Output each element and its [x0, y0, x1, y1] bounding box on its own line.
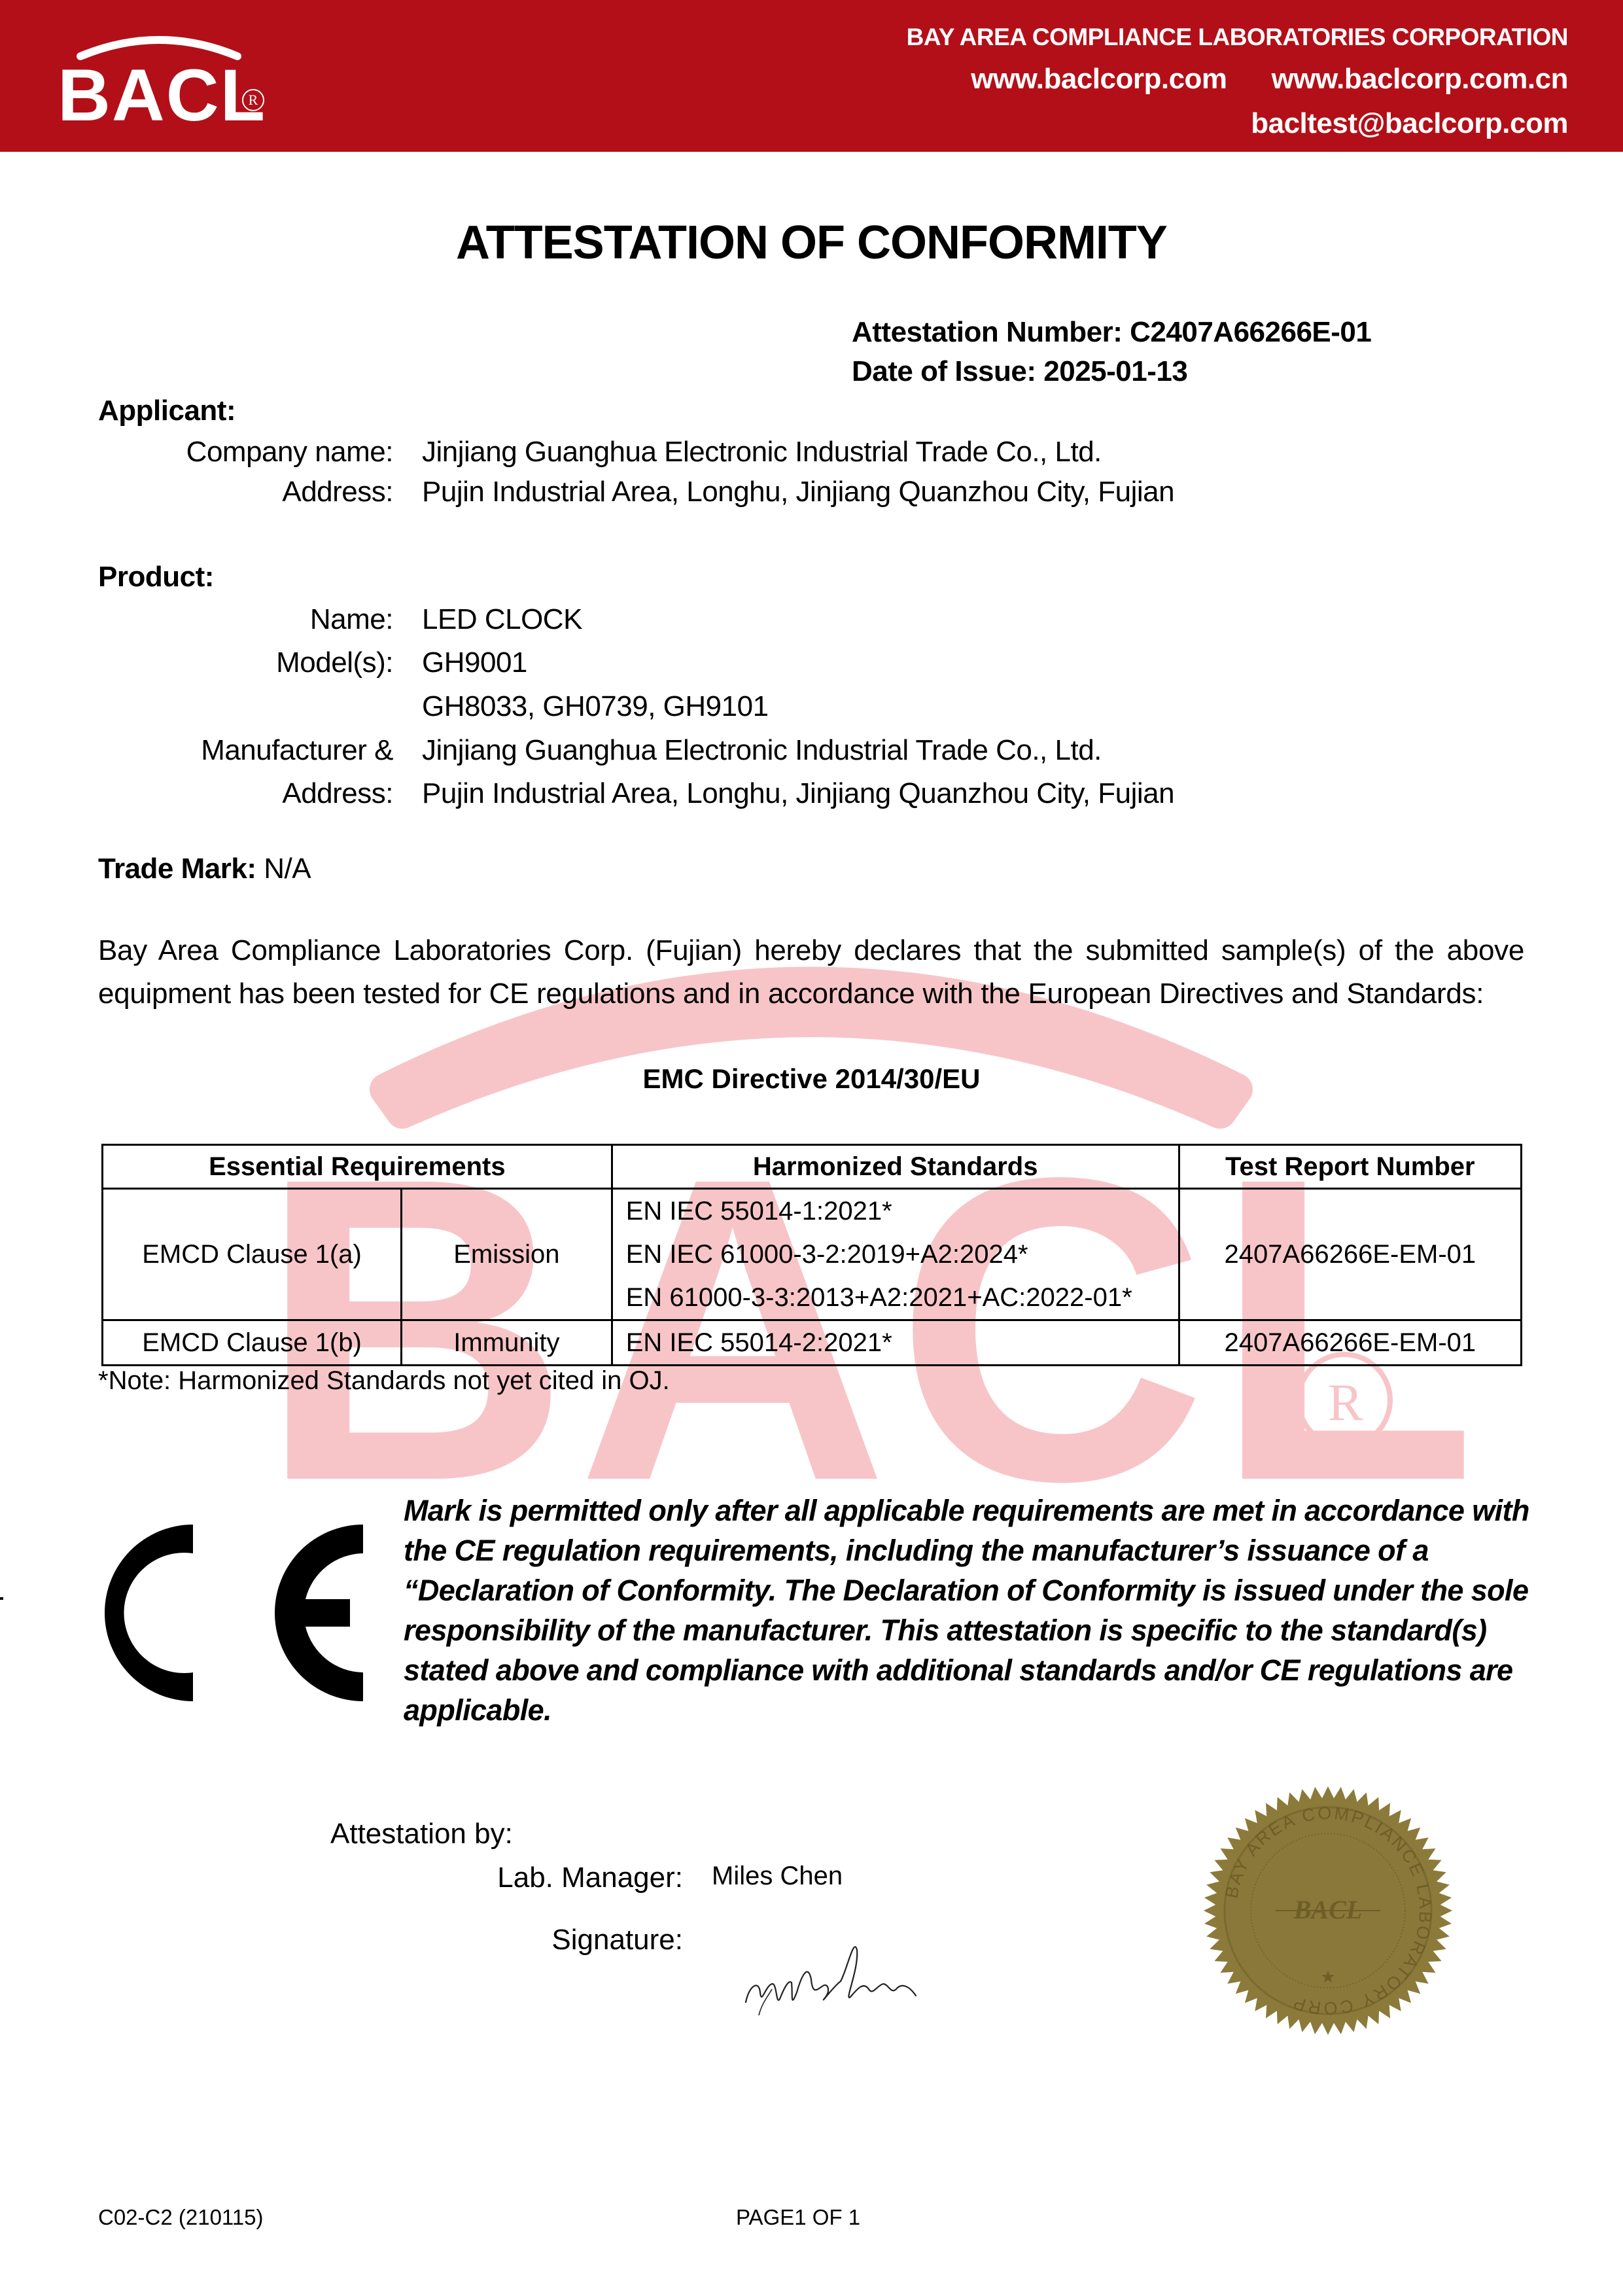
- standards-cell: EN IEC 55014-2:2021*: [612, 1320, 1179, 1366]
- page-number: PAGE1 OF 1: [736, 2205, 860, 2230]
- ce-mark-icon: [101, 1518, 376, 1708]
- manufacturer-address-value: Pujin Industrial Area, Longhu, Jinjiang …: [422, 777, 1174, 810]
- table-row: EMCD Clause 1(b) Immunity EN IEC 55014-2…: [103, 1320, 1522, 1366]
- svg-text:★: ★: [1320, 1967, 1335, 1987]
- website-link[interactable]: www.baclcorp.com: [971, 63, 1227, 95]
- table-header-row: Essential Requirements Harmonized Standa…: [103, 1145, 1522, 1189]
- logo-text: BACL: [58, 59, 266, 132]
- edge-mark: [0, 1597, 3, 1600]
- declaration-paragraph: Bay Area Compliance Laboratories Corp. (…: [98, 929, 1524, 1016]
- product-name-label: Name:: [310, 603, 393, 636]
- website-cn-link[interactable]: www.baclcorp.com.cn: [1272, 63, 1568, 95]
- email-link[interactable]: bacltest@baclcorp.com: [1251, 107, 1568, 139]
- header-contact: BAY AREA COMPLIANCE LABORATORIES CORPORA…: [907, 24, 1568, 140]
- table-note: *Note: Harmonized Standards not yet cite…: [98, 1366, 670, 1396]
- attestation-number-label: Attestation Number:: [852, 316, 1122, 348]
- svg-text:BACL: BACL: [1293, 1895, 1362, 1924]
- trademark-row: Trade Mark: N/A: [98, 853, 311, 885]
- standards-table: Essential Requirements Harmonized Standa…: [101, 1144, 1522, 1366]
- applicant-heading: Applicant:: [98, 395, 236, 427]
- svg-text:R: R: [1328, 1374, 1363, 1432]
- report-number-cell: 2407A66266E-EM-01: [1179, 1320, 1521, 1366]
- attestation-info: Attestation Number: C2407A66266E-01 Date…: [852, 313, 1371, 391]
- document-title: ATTESTATION OF CONFORMITY: [0, 216, 1623, 270]
- address-label: Address:: [282, 476, 393, 508]
- company-label: Company name:: [186, 436, 393, 468]
- header-test-report-number: Test Report Number: [1179, 1145, 1521, 1189]
- models-label: Model(s):: [276, 646, 393, 679]
- signature-label: Signature:: [551, 1924, 683, 1956]
- company-value: Jinjiang Guanghua Electronic Industrial …: [422, 436, 1102, 468]
- corporation-name: BAY AREA COMPLIANCE LABORATORIES CORPORA…: [907, 24, 1568, 51]
- clause-cell: EMCD Clause 1(b): [103, 1320, 402, 1366]
- attestation-number: C2407A66266E-01: [1130, 316, 1371, 348]
- signature-image: [720, 1924, 942, 2022]
- standard-item: EN IEC 55014-2:2021*: [626, 1321, 1165, 1364]
- trademark-label: Trade Mark:: [98, 853, 256, 885]
- header-harmonized-standards: Harmonized Standards: [612, 1145, 1179, 1189]
- registered-mark-icon: R: [242, 89, 264, 111]
- table-row: EMCD Clause 1(a) Emission EN IEC 55014-1…: [103, 1189, 1522, 1320]
- lab-manager-label: Lab. Manager:: [497, 1862, 683, 1894]
- address-value: Pujin Industrial Area, Longhu, Jinjiang …: [422, 476, 1174, 508]
- product-heading: Product:: [98, 561, 214, 593]
- date-of-issue: 2025-01-13: [1043, 355, 1187, 387]
- directive-title: EMC Directive 2014/30/EU: [0, 1063, 1623, 1095]
- models-additional: GH8033, GH0739, GH9101: [422, 690, 769, 723]
- manufacturer-label: Manufacturer &: [201, 734, 393, 767]
- report-number-cell: 2407A66266E-EM-01: [1179, 1189, 1521, 1320]
- lab-manager-name: Miles Chen: [712, 1862, 843, 1891]
- standard-item: EN 61000-3-3:2013+A2:2021+AC:2022-01*: [626, 1276, 1165, 1319]
- gold-seal-icon: BAY AREA COMPLIANCE LABORATORY CORP BACL…: [1197, 1780, 1459, 2041]
- form-code: C02-C2 (210115): [98, 2205, 264, 2230]
- header-banner: BACL R BAY AREA COMPLIANCE LABORATORIES …: [0, 0, 1623, 152]
- manufacturer-value: Jinjiang Guanghua Electronic Industrial …: [422, 734, 1102, 767]
- model-primary: GH9001: [422, 646, 527, 679]
- date-of-issue-label: Date of Issue:: [852, 355, 1036, 387]
- ce-statement: Mark is permitted only after all applica…: [404, 1491, 1535, 1730]
- attestation-by-label: Attestation by:: [330, 1818, 513, 1850]
- clause-cell: EMCD Clause 1(a): [103, 1189, 402, 1320]
- bacl-logo: BACL R: [51, 25, 267, 130]
- standard-item: EN IEC 61000-3-2:2019+A2:2024*: [626, 1233, 1165, 1276]
- standard-item: EN IEC 55014-1:2021*: [626, 1190, 1165, 1233]
- trademark-value: N/A: [264, 853, 311, 885]
- requirement-cell: Immunity: [402, 1320, 612, 1366]
- standards-cell: EN IEC 55014-1:2021* EN IEC 61000-3-2:20…: [612, 1189, 1179, 1320]
- requirement-cell: Emission: [402, 1189, 612, 1320]
- product-name-value: LED CLOCK: [422, 603, 582, 636]
- header-essential-requirements: Essential Requirements: [103, 1145, 612, 1189]
- manufacturer-address-label: Address:: [282, 777, 393, 810]
